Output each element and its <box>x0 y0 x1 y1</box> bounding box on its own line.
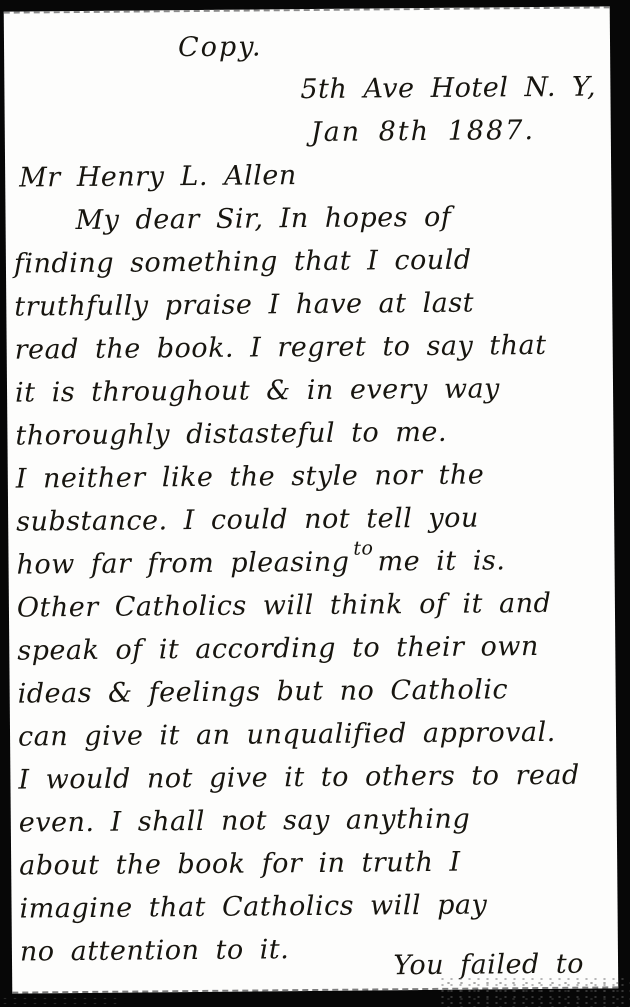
letter-line: can give it an unqualified approval. <box>18 710 616 758</box>
recipient-line: Mr Henry L. Allen <box>19 151 611 199</box>
letter-line: ideas & feelings but no Catholic <box>17 667 615 715</box>
copy-annotation: Copy. <box>178 22 610 69</box>
inserted-word-above-line: to <box>349 537 377 559</box>
last-letter-line: no attention to it.You failed to <box>20 925 618 973</box>
letter-line: Other Catholics will think of it and <box>17 581 615 629</box>
letter-line: speak of it according to their own <box>17 624 615 672</box>
letter-line: even. I shall not say anything <box>19 796 617 844</box>
letter-line: imagine that Catholics will pay <box>19 882 617 930</box>
letter-line-with-insertion: how far from pleasingtome it is. <box>16 538 614 586</box>
letter-line: it is throughout & in every way <box>15 366 613 414</box>
letter-line: about the book for in truth I <box>19 839 617 887</box>
letter-line: read the book. I regret to say that <box>14 323 612 371</box>
letter-paper: Copy. 5th Ave Hotel N. Y, Jan 8th 1887. … <box>4 6 619 993</box>
letter-line: truthfully praise I have at last <box>14 280 612 328</box>
scan-noise-bottom-right <box>438 976 630 1007</box>
letter-line: I would not give it to others to read <box>18 753 616 801</box>
handwritten-letter: Copy. 5th Ave Hotel N. Y, Jan 8th 1887. … <box>4 8 618 973</box>
address-line: 5th Ave Hotel N. Y, <box>300 65 610 111</box>
date-line: Jan 8th 1887. <box>311 108 611 154</box>
letter-line: substance. I could not tell you <box>16 495 614 543</box>
letter-line: finding something that I could <box>14 237 612 285</box>
scanned-letter-page: Copy. 5th Ave Hotel N. Y, Jan 8th 1887. … <box>0 0 630 1007</box>
scan-noise-bottom-left <box>0 996 120 1007</box>
letter-line: thoroughly distasteful to me. <box>15 409 613 457</box>
line-text-pre: how far from pleasing <box>16 547 349 581</box>
letter-line: I neither like the style nor the <box>16 452 614 500</box>
salutation-line: My dear Sir, In hopes of <box>11 194 611 242</box>
line-text-post: me it is. <box>377 545 505 577</box>
last-line-text: no attention to it. <box>20 934 290 967</box>
